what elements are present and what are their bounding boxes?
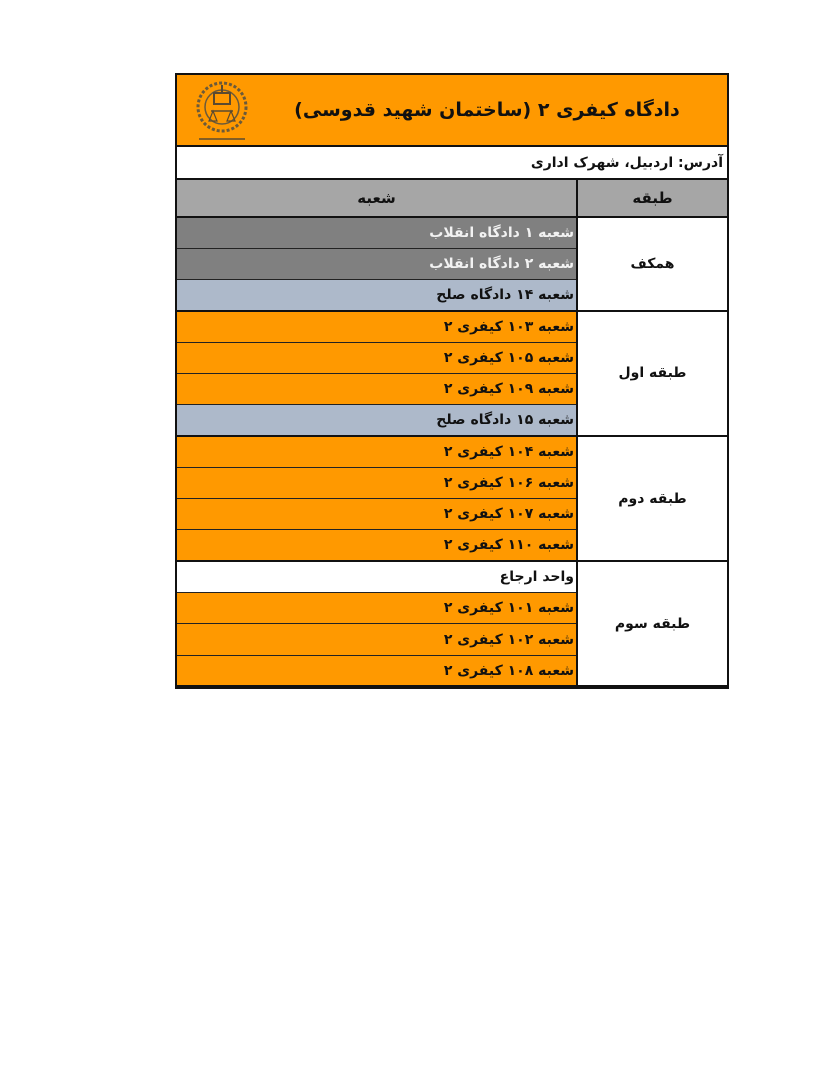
branch-cell: شعبه ۱۱۰ کیفری ۲: [177, 530, 577, 561]
branch-cell: واحد ارجاع: [177, 561, 577, 592]
branch-cell: شعبه ۱۰۲ کیفری ۲: [177, 624, 577, 655]
branch-cell: شعبه ۱۰۱ کیفری ۲: [177, 593, 577, 624]
court-directory-sheet: دادگاه کیفری ۲ (ساختمان شهید قدوسی) آدرس…: [175, 73, 729, 689]
branch-cell: شعبه ۱۰۴ کیفری ۲: [177, 436, 577, 467]
table-row: طبقه سومواحد ارجاع: [177, 561, 727, 592]
table-row: طبقه دومشعبه ۱۰۴ کیفری ۲: [177, 436, 727, 467]
table-row: طبقه اولشعبه ۱۰۳ کیفری ۲: [177, 311, 727, 342]
branch-cell: شعبه ۲ دادگاه انقلاب: [177, 248, 577, 279]
title-row: دادگاه کیفری ۲ (ساختمان شهید قدوسی): [177, 75, 727, 147]
floor-cell: طبقه اول: [577, 311, 727, 436]
branch-cell: شعبه ۱۵ دادگاه صلح: [177, 405, 577, 436]
branch-cell: شعبه ۱۰۳ کیفری ۲: [177, 311, 577, 342]
branch-cell: شعبه ۱۰۶ کیفری ۲: [177, 467, 577, 498]
branch-cell: شعبه ۱۴ دادگاه صلح: [177, 280, 577, 311]
branch-cell: شعبه ۱۰۹ کیفری ۲: [177, 373, 577, 404]
column-header-branch: شعبه: [177, 180, 577, 217]
branch-cell: شعبه ۱۰۷ کیفری ۲: [177, 499, 577, 530]
floor-cell: همکف: [577, 217, 727, 311]
header-row: طبقه شعبه: [177, 180, 727, 217]
floor-cell: طبقه دوم: [577, 436, 727, 561]
judiciary-emblem-icon: [187, 79, 257, 143]
directory-table: طبقه شعبه همکفشعبه ۱ دادگاه انقلابشعبه ۲…: [177, 180, 727, 687]
floor-cell: طبقه سوم: [577, 561, 727, 686]
branch-cell: شعبه ۱۰۵ کیفری ۲: [177, 342, 577, 373]
column-header-floor: طبقه: [577, 180, 727, 217]
address: آدرس: اردبیل، شهرک اداری: [177, 147, 727, 180]
branch-cell: شعبه ۱ دادگاه انقلاب: [177, 217, 577, 248]
table-row: همکفشعبه ۱ دادگاه انقلاب: [177, 217, 727, 248]
branch-cell: شعبه ۱۰۸ کیفری ۲: [177, 655, 577, 686]
page-title: دادگاه کیفری ۲ (ساختمان شهید قدوسی): [177, 99, 727, 121]
